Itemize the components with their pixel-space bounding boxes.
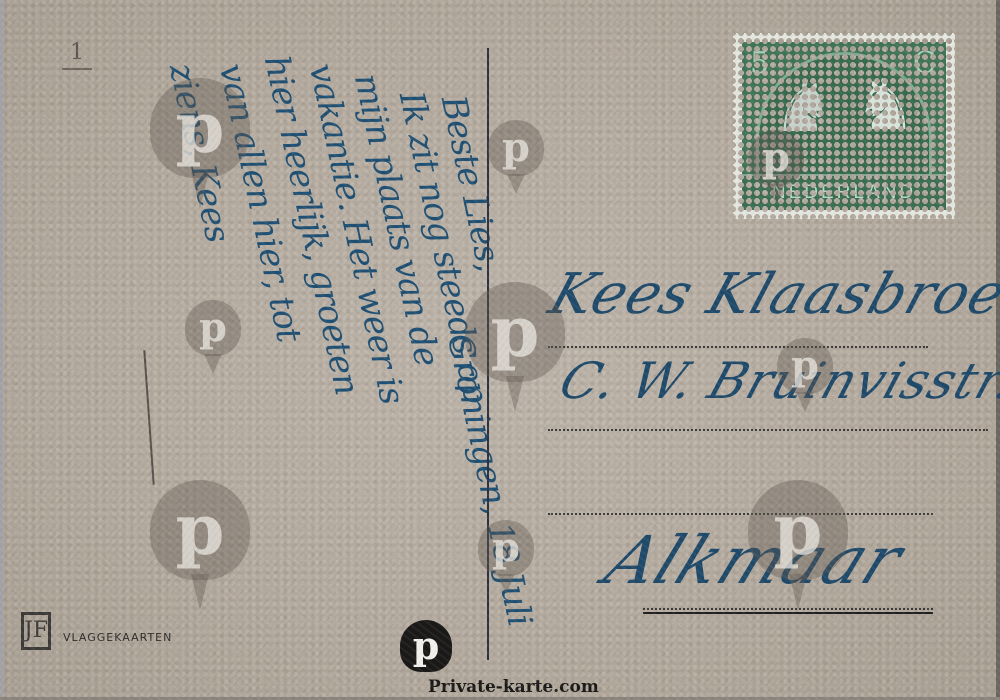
eagle-p-watermark-icon: p [478, 520, 534, 576]
eagle-p-watermark-icon: p [777, 338, 833, 394]
site-watermark-text[interactable]: Private-karte.com [428, 677, 599, 697]
eagle-p-watermark-icon: p [465, 282, 565, 382]
eagle-p-watermark-icon: p [150, 480, 250, 580]
eagle-p-watermark-icon: p [748, 130, 804, 186]
publisher-logo: JF [21, 612, 51, 650]
page-number-mark: 1 [62, 38, 92, 70]
eagle-p-watermark-icon: p [150, 78, 250, 178]
address-dotted-line [548, 429, 988, 431]
address-dotted-line [643, 608, 933, 610]
eagle-p-watermark-icon: p [185, 300, 241, 356]
address-name: Kees Klaasbroek [541, 262, 1000, 327]
rearing-horse-icon: ♞ [854, 70, 917, 140]
address-dotted-line [548, 513, 933, 515]
address-underline [643, 612, 933, 614]
margin-pencil-stroke [143, 350, 154, 485]
postcard-back: 1 ziens, Kees van allen hier, tot hier h… [0, 0, 1000, 700]
eagle-p-watermark-icon: p [748, 480, 848, 580]
address-dotted-line [548, 346, 928, 348]
stamp-unit: C [913, 46, 936, 81]
stamp-value: 5 [750, 46, 769, 81]
publisher-name: VLAGGEKAARTEN [63, 631, 172, 644]
card-edge-left [0, 0, 3, 700]
eagle-p-watermark-icon: p [488, 120, 544, 176]
site-logo-icon: p [400, 620, 452, 672]
card-edge-right [996, 0, 1000, 700]
